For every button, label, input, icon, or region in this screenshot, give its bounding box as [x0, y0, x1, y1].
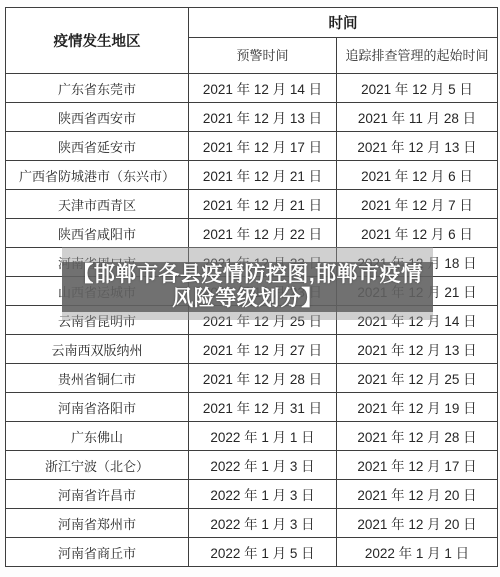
- cell-tracking-time: 2021 年 12 月 17 日: [337, 451, 498, 480]
- cell-warning-time: 2021 年 12 月 21 日: [189, 190, 337, 219]
- cell-region: 浙江宁波（北仑）: [6, 451, 189, 480]
- cell-region: 陕西省延安市: [6, 132, 189, 161]
- cell-region: 河南省周口市: [6, 248, 189, 277]
- cell-warning-time: 2022 年 1 月 3 日: [189, 509, 337, 538]
- cell-tracking-time: 2022 年 1 月 1 日: [337, 538, 498, 567]
- cell-tracking-time: 2021 年 12 月 13 日: [337, 335, 498, 364]
- table-header: 疫情发生地区 时间 预警时间 追踪排查管理的起始时间: [6, 8, 498, 74]
- cell-warning-time: 2021 年 12 月 14 日: [189, 74, 337, 103]
- cell-tracking-time: 2021 年 12 月 25 日: [337, 364, 498, 393]
- cell-region: 山西省运城市: [6, 277, 189, 306]
- cell-tracking-time: 2021 年 12 月 6 日: [337, 161, 498, 190]
- cell-warning-time: 2021 年 12 月 25 日: [189, 306, 337, 335]
- screenshot-canvas: 疫情发生地区 时间 预警时间 追踪排查管理的起始时间 广东省东莞市2021 年 …: [0, 0, 500, 577]
- cell-warning-time: 2022 年 1 月 1 日: [189, 422, 337, 451]
- cell-tracking-time: 2021 年 12 月 13 日: [337, 132, 498, 161]
- table-row: 陕西省咸阳市2021 年 12 月 22 日2021 年 12 月 6 日: [6, 219, 498, 248]
- cell-warning-time: 2021 年 12 月 27 日: [189, 335, 337, 364]
- table-row: 广东省东莞市2021 年 12 月 14 日2021 年 12 月 5 日: [6, 74, 498, 103]
- cell-region: 广东佛山: [6, 422, 189, 451]
- table-row: 贵州省铜仁市2021 年 12 月 28 日2021 年 12 月 25 日: [6, 364, 498, 393]
- table-row: 陕西省西安市2021 年 12 月 13 日2021 年 11 月 28 日: [6, 103, 498, 132]
- cell-region: 云南西双版纳州: [6, 335, 189, 364]
- table-row: 浙江宁波（北仑）2022 年 1 月 3 日2021 年 12 月 17 日: [6, 451, 498, 480]
- cell-warning-time: 2022 年 1 月 5 日: [189, 538, 337, 567]
- cell-warning-time: 2022 年 1 月 3 日: [189, 480, 337, 509]
- epidemic-table: 疫情发生地区 时间 预警时间 追踪排查管理的起始时间 广东省东莞市2021 年 …: [5, 7, 498, 567]
- cell-tracking-time: 2021 年 12 月 6 日: [337, 219, 498, 248]
- cell-region: 陕西省西安市: [6, 103, 189, 132]
- cell-region: 河南省郑州市: [6, 509, 189, 538]
- cell-region: 河南省许昌市: [6, 480, 189, 509]
- table-row: 云南西双版纳州2021 年 12 月 27 日2021 年 12 月 13 日: [6, 335, 498, 364]
- cell-warning-time: 2021 年 12 月 23 日: [189, 277, 337, 306]
- cell-warning-time: 2021 年 12 月 23 日: [189, 248, 337, 277]
- table-row: 河南省许昌市2022 年 1 月 3 日2021 年 12 月 20 日: [6, 480, 498, 509]
- table-row: 天津市西青区2021 年 12 月 21 日2021 年 12 月 7 日: [6, 190, 498, 219]
- cell-warning-time: 2021 年 12 月 21 日: [189, 161, 337, 190]
- table-row: 山西省运城市2021 年 12 月 23 日2021 年 12 月 21 日: [6, 277, 498, 306]
- cell-tracking-time: 2021 年 12 月 5 日: [337, 74, 498, 103]
- table-row: 河南省郑州市2022 年 1 月 3 日2021 年 12 月 20 日: [6, 509, 498, 538]
- cell-warning-time: 2022 年 1 月 3 日: [189, 451, 337, 480]
- cell-tracking-time: 2021 年 12 月 14 日: [337, 306, 498, 335]
- cell-tracking-time: 2021 年 12 月 28 日: [337, 422, 498, 451]
- cell-tracking-time: 2021 年 12 月 20 日: [337, 509, 498, 538]
- cell-tracking-time: 2021 年 12 月 7 日: [337, 190, 498, 219]
- cell-tracking-time: 2021 年 12 月 19 日: [337, 393, 498, 422]
- cell-tracking-time: 2021 年 11 月 28 日: [337, 103, 498, 132]
- cell-region: 广西省防城港市（东兴市）: [6, 161, 189, 190]
- cell-region: 陕西省咸阳市: [6, 219, 189, 248]
- table-row: 河南省商丘市2022 年 1 月 5 日2022 年 1 月 1 日: [6, 538, 498, 567]
- table-row: 河南省周口市2021 年 12 月 23 日2021 年 12 月 18 日: [6, 248, 498, 277]
- cell-region: 河南省洛阳市: [6, 393, 189, 422]
- cell-tracking-time: 2021 年 12 月 18 日: [337, 248, 498, 277]
- cell-warning-time: 2021 年 12 月 28 日: [189, 364, 337, 393]
- cell-warning-time: 2021 年 12 月 13 日: [189, 103, 337, 132]
- header-tracking-time: 追踪排查管理的起始时间: [337, 38, 498, 74]
- cell-region: 天津市西青区: [6, 190, 189, 219]
- cell-warning-time: 2021 年 12 月 22 日: [189, 219, 337, 248]
- cell-tracking-time: 2021 年 12 月 21 日: [337, 277, 498, 306]
- table-body: 广东省东莞市2021 年 12 月 14 日2021 年 12 月 5 日陕西省…: [6, 74, 498, 567]
- table-row: 河南省洛阳市2021 年 12 月 31 日2021 年 12 月 19 日: [6, 393, 498, 422]
- cell-warning-time: 2021 年 12 月 17 日: [189, 132, 337, 161]
- header-region: 疫情发生地区: [6, 8, 189, 74]
- cell-tracking-time: 2021 年 12 月 20 日: [337, 480, 498, 509]
- table-row: 广东佛山2022 年 1 月 1 日2021 年 12 月 28 日: [6, 422, 498, 451]
- header-warning-time: 预警时间: [189, 38, 337, 74]
- table-row: 云南省昆明市2021 年 12 月 25 日2021 年 12 月 14 日: [6, 306, 498, 335]
- cell-region: 云南省昆明市: [6, 306, 189, 335]
- cell-region: 贵州省铜仁市: [6, 364, 189, 393]
- table-row: 陕西省延安市2021 年 12 月 17 日2021 年 12 月 13 日: [6, 132, 498, 161]
- cell-region: 河南省商丘市: [6, 538, 189, 567]
- cell-region: 广东省东莞市: [6, 74, 189, 103]
- header-time-group: 时间: [189, 8, 498, 38]
- table-row: 广西省防城港市（东兴市）2021 年 12 月 21 日2021 年 12 月 …: [6, 161, 498, 190]
- cell-warning-time: 2021 年 12 月 31 日: [189, 393, 337, 422]
